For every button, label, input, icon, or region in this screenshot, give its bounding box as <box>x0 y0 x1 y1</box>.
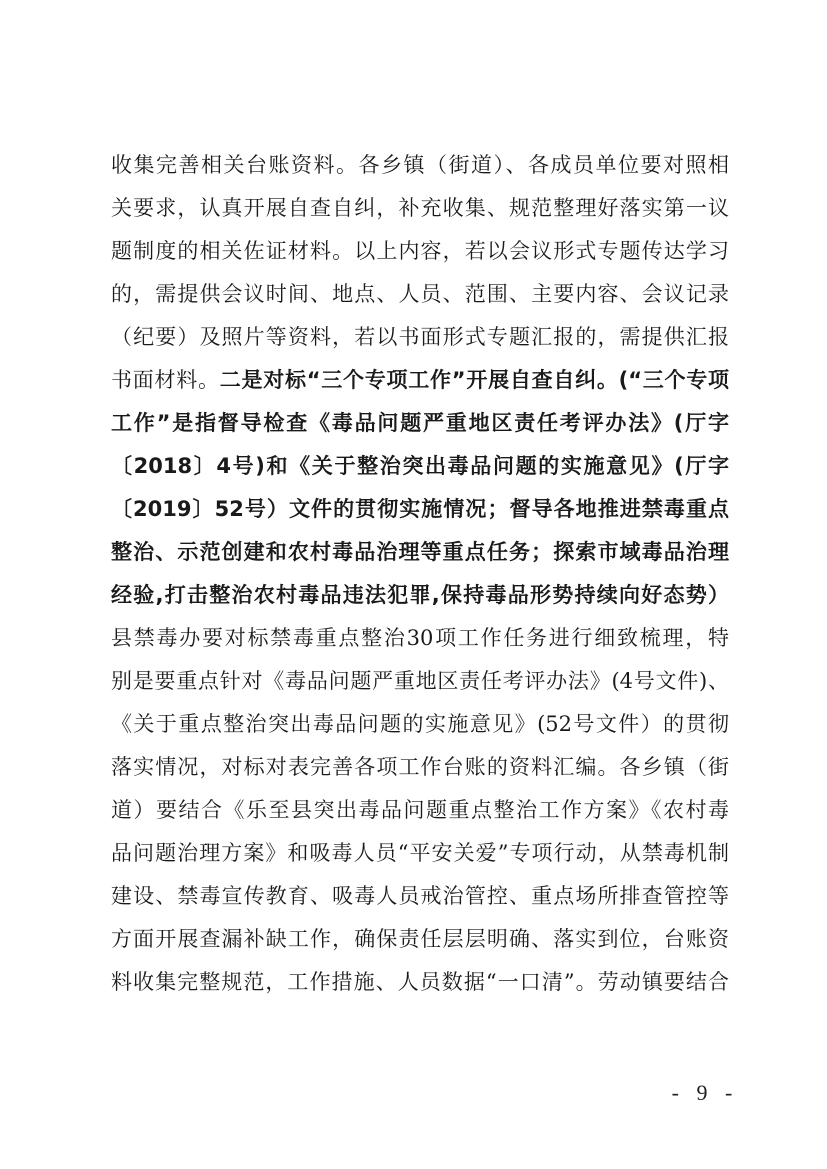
body-text-line: 关要求，认真开展自查自纠，补充收集、规范整理好落实第一议 <box>111 187 729 230</box>
body-text-line: 料收集完整规范，工作措施、人员数据“一口清”。劳动镇要结合 <box>111 961 729 1004</box>
body-text-line: 建设、禁毒宣传教育、吸毒人员戒治管控、重点场所排查管控等 <box>111 875 729 918</box>
page-number: - 9 - <box>670 1080 740 1106</box>
bold-text-line: 〔2018〕4号)和《关于整治突出毒品问题的实施意见》(厅字 <box>111 445 729 488</box>
body-text-span: 书面材料。 <box>111 368 220 392</box>
body-text-line: 收集完善相关台账资料。各乡镇（街道）、各成员单位要对照相 <box>111 144 729 187</box>
bold-text-line: 整治、示范创建和农村毒品治理等重点任务；探索市域毒品治理 <box>111 531 729 574</box>
body-text-line: 方面开展查漏补缺工作，确保责任层层明确、落实到位，台账资 <box>111 918 729 961</box>
bold-text-line: 〔2019〕52号）文件的贯彻实施情况；督导各地推进禁毒重点 <box>111 488 729 531</box>
bold-heading-span: 二是对标“三个专项工作”开展自查自纠。(“三个专项 <box>220 368 729 392</box>
body-text-line: 县禁毒办要对标禁毒重点整治30项工作任务进行细致梳理，特 <box>111 617 729 660</box>
body-text-line: 书面材料。二是对标“三个专项工作”开展自查自纠。(“三个专项 <box>111 359 729 402</box>
bold-text-line: 工作”是指督导检查《毒品问题严重地区责任考评办法》(厅字 <box>111 402 729 445</box>
body-text-line: 品问题治理方案》和吸毒人员“平安关爱”专项行动，从禁毒机制 <box>111 832 729 875</box>
body-text-line: 道）要结合《乐至县突出毒品问题重点整治工作方案》《农村毒 <box>111 789 729 832</box>
body-text-line: （纪要）及照片等资料，若以书面形式专题汇报的，需提供汇报 <box>111 316 729 359</box>
body-text-line: 落实情况，对标对表完善各项工作台账的资料汇编。各乡镇（街 <box>111 746 729 789</box>
body-text-line: 别是要重点针对《毒品问题严重地区责任考评办法》(4号文件)、 <box>111 660 729 703</box>
document-page: 收集完善相关台账资料。各乡镇（街道）、各成员单位要对照相 关要求，认真开展自查自… <box>0 0 827 1169</box>
body-text-line: 《关于重点整治突出毒品问题的实施意见》(52号文件）的贯彻 <box>111 703 729 746</box>
bold-text-line: 经验,打击整治农村毒品违法犯罪,保持毒品形势持续向好态势） <box>111 574 729 617</box>
body-text-line: 题制度的相关佐证材料。以上内容，若以会议形式专题传达学习 <box>111 230 729 273</box>
body-text-line: 的，需提供会议时间、地点、人员、范围、主要内容、会议记录 <box>111 273 729 316</box>
